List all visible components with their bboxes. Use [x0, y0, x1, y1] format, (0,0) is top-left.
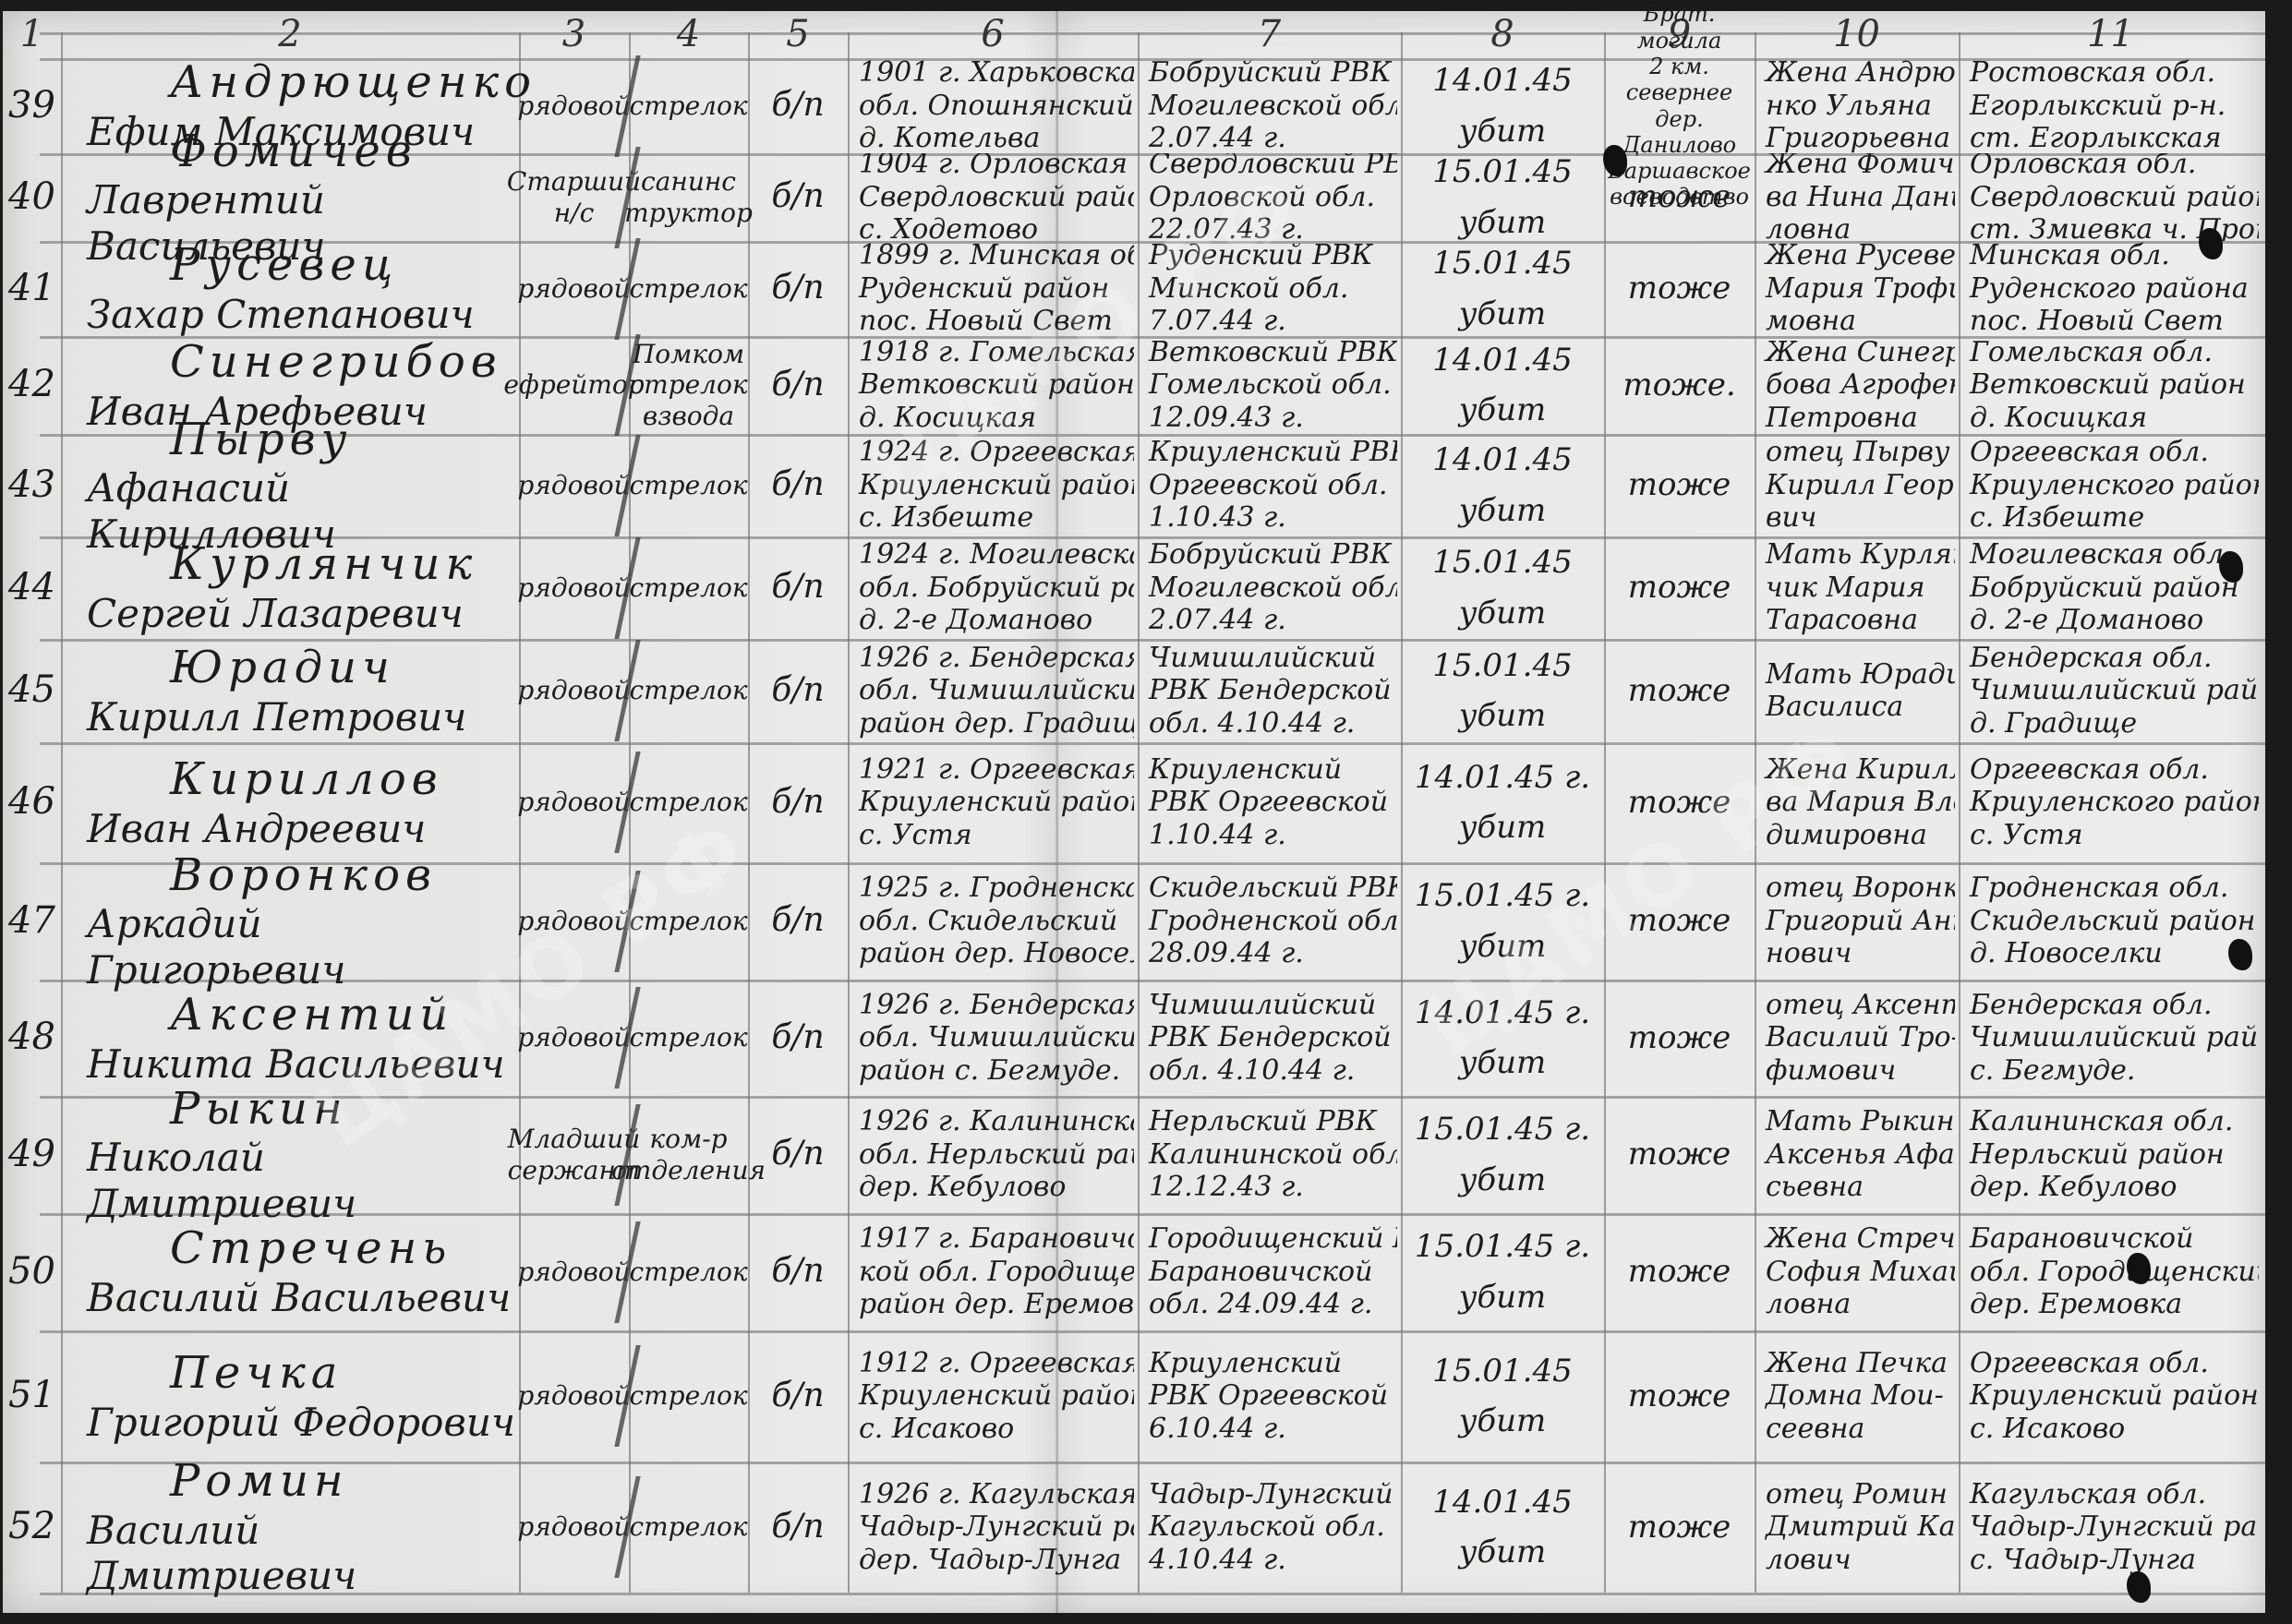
text-line: с. Устя [1970, 819, 2083, 851]
column-rule [1604, 32, 1606, 1593]
death-date: 15.01.45 [1432, 153, 1572, 190]
next-of-kin: отец РоминДмитрий Кар-лович [1758, 1462, 1955, 1593]
text-line: сеевна [1766, 1413, 1864, 1445]
text-line: 2 км. севернее [1608, 54, 1751, 106]
given-names: Захар Степанович [87, 292, 475, 338]
text-line: обл. Нерльский район [859, 1138, 1134, 1171]
text-line: Чимишлийский район [1970, 674, 2259, 706]
text-line: 2.07.44 г. [1149, 122, 1286, 153]
death-date-fate: 15.01.45 г.убит [1405, 1213, 1600, 1330]
column-rule [61, 32, 63, 1593]
text-line: Дмитрий Кар- [1766, 1510, 1955, 1543]
next-of-kin-address: Оргеевская обл.Криуленского районас. Уст… [1962, 742, 2259, 862]
text-line: Криуленский район [859, 1379, 1134, 1412]
text-line: стрелок [629, 787, 747, 817]
text-line: отец Ромин [1766, 1478, 1948, 1510]
text-line: РВК Оргеевской обл. [1149, 1379, 1397, 1412]
text-line: Криуленского района [1970, 469, 2259, 501]
text-line: 1917 г. Барановичс- [859, 1222, 1134, 1255]
text-line: санинс [641, 166, 736, 197]
text-line: Гродненской обл. [1149, 905, 1397, 937]
fate: убит [1459, 1279, 1547, 1316]
death-date: 14.01.45 [1432, 1484, 1572, 1521]
text-line: Скидельский РВК [1149, 872, 1397, 904]
given-names: Иван Андреевич [87, 806, 426, 852]
next-of-kin: Жена Андрюще-нко УльянаГригорьевна [1758, 58, 1955, 153]
text-line: ловна [1766, 1288, 1851, 1320]
party-status: б/п [752, 639, 844, 742]
death-date-fate: 14.01.45убит [1405, 336, 1600, 434]
position: стрелок [633, 58, 744, 153]
death-date-fate: 14.01.45убит [1405, 1462, 1600, 1593]
text-line: б/п [771, 177, 824, 216]
column-number-1: 1 [6, 32, 57, 58]
text-line: Чадыр-Лунгский район [859, 1510, 1134, 1543]
text-line: Калининская обл. [1970, 1105, 2233, 1137]
text-line: тоже [1628, 466, 1731, 503]
birth-year-place: 1925 г. Гродненскаяобл. Скидельскийрайон… [851, 862, 1134, 980]
death-date: 14.01.45 [1432, 342, 1572, 379]
ink-blot [1603, 145, 1627, 176]
text-line: Нерльский район [1970, 1138, 2225, 1171]
text-line: Руденского района [1970, 272, 2249, 305]
column-number-6: 6 [851, 32, 1134, 58]
surname: Ромин [87, 1455, 349, 1508]
text-line: дер. Данилово [1608, 106, 1751, 159]
text-line: Бобруйский РВК [1149, 538, 1392, 571]
text-line: отец Пырву [1766, 436, 1949, 468]
death-date-fate: 14.01.45 г.убит [1405, 742, 1600, 862]
text-line: с. Бегмуде. [1970, 1054, 2135, 1087]
given-names: Сергей Лазаревич [87, 591, 464, 637]
text-line: труктор [624, 198, 753, 228]
position: санинструктор [633, 153, 744, 241]
column-number-2: 2 [65, 32, 515, 58]
text-line: 12.09.43 г. [1149, 402, 1304, 434]
text-line: РВК Бендерской [1149, 1021, 1392, 1053]
text-line: бова Агрофена [1766, 368, 1955, 401]
fate: убит [1459, 204, 1547, 241]
position: стрелок [633, 1462, 744, 1593]
birth-year-place: 1904 г. Орловская обл.Свердловский район… [851, 153, 1134, 241]
soldier-name: ВоронковАркадий Григорьевич [65, 862, 515, 980]
text-line: Чимишлийский [1149, 642, 1376, 674]
death-date-fate: 15.01.45 г.убит [1405, 1096, 1600, 1213]
text-line: лович [1766, 1544, 1852, 1576]
fate: убит [1459, 697, 1547, 734]
text-line: стрелок [629, 1511, 747, 1542]
text-line: Жена Синегри- [1766, 336, 1955, 368]
fate: убит [1459, 1402, 1547, 1439]
row-number: 43 [6, 434, 57, 536]
death-date: 15.01.45 [1432, 647, 1572, 684]
row-number: 45 [6, 639, 57, 742]
text-line: Мать Курлян- [1766, 538, 1955, 571]
position: Помкомстрелоквзвода [633, 336, 744, 434]
text-line: Чадыр-Лунгский РВК [1149, 1478, 1397, 1510]
text-line: 1.10.44 г. [1149, 819, 1286, 851]
text-line: б/п [771, 783, 824, 822]
birth-year-place: 1926 г. Бендерскаяобл. Чимишлийскийрайон… [851, 639, 1134, 742]
text-line: Бобруйский РВК [1149, 58, 1392, 90]
text-line: обл. 4.10.44 г. [1149, 1054, 1355, 1087]
column-number-3: 3 [523, 32, 625, 58]
text-line: 6.10.44 г. [1149, 1413, 1286, 1445]
position: стрелок [633, 639, 744, 742]
text-line: с. Чадыр-Лунга [1970, 1544, 2196, 1576]
fate: убит [1459, 391, 1547, 428]
row-number: 42 [6, 336, 57, 434]
text-line: Егорлыкский р-н. [1970, 90, 2226, 122]
party-status: б/п [752, 1096, 844, 1213]
text-line: Криуленский район [859, 786, 1134, 818]
text-line: стрелок [629, 369, 747, 400]
text-line: Григорий Анто- [1766, 905, 1955, 937]
burial-place: тоже [1608, 536, 1751, 639]
soldier-name: КирилловИван Андреевич [65, 742, 515, 862]
text-line: с. Избеште [859, 501, 1033, 534]
text-line: дер. Еремовка [1970, 1288, 2182, 1320]
text-line: 1925 г. Гродненская [859, 872, 1134, 904]
given-names: Василий Васильевич [87, 1275, 511, 1321]
draft-office: Бобруйский РВКМогилевской обл.2.07.44 г. [1141, 536, 1397, 639]
text-line: тоже [1628, 1136, 1731, 1173]
text-line: д. Косицкая [1970, 402, 2147, 434]
text-line: тоже [1628, 672, 1731, 709]
text-line: Калининской обл. [1149, 1138, 1397, 1171]
text-line: Скидельский район [1970, 905, 2256, 937]
text-line: Чимишлийский район [1970, 1021, 2259, 1053]
text-line: Гомельской обл. [1149, 368, 1392, 401]
fate: убит [1459, 1534, 1547, 1570]
text-line: 1926 г. Бендерская [859, 989, 1134, 1021]
next-of-kin: Жена Фомиче-ва Нина Дани-ловна [1758, 153, 1955, 241]
soldier-name: РыкинНиколай Дмитриевич [65, 1096, 515, 1213]
text-line: район дер. Новоселки [859, 937, 1134, 969]
text-line: ком-р [649, 1124, 727, 1154]
text-line: Могилевской обл. [1149, 90, 1397, 122]
burial-place: тоже [1608, 1096, 1751, 1213]
text-line: Чимишлийский [1149, 989, 1376, 1021]
burial-place: Брат. могила2 км. севернеедер. ДаниловоВ… [1608, 58, 1751, 153]
death-date-fate: 15.01.45убит [1405, 536, 1600, 639]
text-line: ловна [1766, 213, 1851, 241]
text-line: Оргеевская обл. [1970, 436, 2209, 468]
row-number: 47 [6, 862, 57, 980]
text-line: 12.12.43 г. [1149, 1171, 1304, 1203]
text-line: Оргеевской обл. [1149, 469, 1388, 501]
text-line: 1926 г. Кагульская обл. [859, 1478, 1134, 1510]
text-line: Городищенский РВК [1149, 1222, 1397, 1255]
text-line: с. Устя [859, 819, 972, 851]
soldier-name: СтреченьВасилий Васильевич [65, 1213, 515, 1330]
row-number: 39 [6, 58, 57, 153]
text-line: б/п [771, 671, 824, 710]
birth-year-place: 1926 г. Бендерскаяобл. Чимишлийскийрайон… [851, 980, 1134, 1096]
surname: Русевец [87, 239, 398, 292]
death-date-fate: 14.01.45убит [1405, 58, 1600, 153]
text-line: Домна Мои- [1766, 1379, 1944, 1412]
text-line: Криуленский район [1970, 1379, 2259, 1412]
text-line: с. Ходетово [859, 213, 1038, 241]
position: стрелок [633, 980, 744, 1096]
ink-blot [2199, 228, 2223, 259]
text-line: Кагульской обл. [1149, 1510, 1385, 1543]
party-status: б/п [752, 434, 844, 536]
column-number-4: 4 [633, 32, 744, 58]
burial-place: тоже [1608, 153, 1751, 241]
party-status: б/п [752, 862, 844, 980]
row-number: 46 [6, 742, 57, 862]
text-line: Свердловский район [859, 181, 1134, 213]
draft-office: КриуленскийРВК Оргеевской обл.6.10.44 г. [1141, 1330, 1397, 1462]
text-line: Гомельская обл. [1970, 336, 2213, 368]
ink-blot [2127, 1571, 2151, 1603]
text-line: Мать Юрадич [1766, 658, 1955, 691]
row-number: 51 [6, 1330, 57, 1462]
soldier-name: ПырвуАфанасий Кириллович [65, 434, 515, 536]
text-line: б/п [771, 269, 824, 307]
surname: Курлянчик [87, 538, 477, 591]
text-line: Ветковский РВК [1149, 336, 1397, 368]
text-line: обл. Скидельский [859, 905, 1117, 937]
text-line: пос. Новый Свет [1970, 305, 2224, 336]
party-status: б/п [752, 336, 844, 434]
text-line: тоже [1628, 1509, 1731, 1546]
text-line: Помком [633, 339, 744, 369]
text-line: Криуленский [1149, 753, 1342, 786]
text-line: 1.10.43 г. [1149, 501, 1286, 534]
fate: убит [1459, 295, 1547, 332]
next-of-kin-address: Орловская обл.Свердловский районст. Змие… [1962, 153, 2259, 241]
text-line: обл. Опошнянский р-н [859, 90, 1134, 122]
next-of-kin-address: Кагульская обл.Чадыр-Лунгский районс. Ча… [1962, 1462, 2259, 1593]
next-of-kin-address: Гомельская обл.Ветковский районд. Косицк… [1962, 336, 2259, 434]
text-line: Ростовская обл. [1970, 58, 2215, 90]
column-number-8: 8 [1405, 32, 1600, 58]
text-line: 1904 г. Орловская обл. [859, 153, 1134, 181]
burial-place: тоже. [1608, 336, 1751, 434]
text-line: б/п [771, 1135, 824, 1173]
text-line: 2.07.44 г. [1149, 604, 1286, 636]
text-line: Гродненская обл. [1970, 872, 2228, 904]
burial-place: тоже [1608, 639, 1751, 742]
text-line: Аксенья Афана- [1766, 1138, 1955, 1171]
text-line: район дер. Градище [859, 707, 1134, 740]
text-line: София Михай- [1766, 1256, 1955, 1288]
next-of-kin-address: Оргеевская обл.Криуленского районас. Изб… [1962, 434, 2259, 536]
text-line: обл. Городищенский район [1970, 1256, 2259, 1288]
text-line: б/п [771, 1377, 824, 1415]
text-line: вич [1766, 501, 1816, 534]
death-date-fate: 15.01.45убит [1405, 639, 1600, 742]
death-date: 15.01.45 г. [1415, 1111, 1590, 1148]
text-line: чик Мария [1766, 571, 1924, 604]
soldier-name: ПечкаГригорий Федорович [65, 1330, 515, 1462]
fate: убит [1459, 1161, 1547, 1198]
party-status: б/п [752, 58, 844, 153]
party-status: б/п [752, 742, 844, 862]
text-line: Минская обл. [1970, 241, 2170, 272]
birth-year-place: 1912 г. Оргеевская обл.Криуленский район… [851, 1330, 1134, 1462]
text-line: тоже. [1622, 367, 1735, 403]
text-line: Мария Трофи- [1766, 272, 1955, 305]
text-line: мовна [1766, 305, 1856, 336]
surname: Стречень [87, 1222, 452, 1275]
text-line: дер. Кебулово [859, 1171, 1066, 1203]
text-line: обл. 4.10.44 г. [1149, 707, 1355, 740]
text-line: нович [1766, 937, 1852, 969]
party-status: б/п [752, 153, 844, 241]
next-of-kin-address: Барановичскойобл. Городищенский райондер… [1962, 1213, 2259, 1330]
text-line: Мать Рыкина [1766, 1105, 1955, 1137]
text-line: отец Воронков [1766, 872, 1955, 904]
text-line: стрелок [629, 572, 747, 603]
given-names: Григорий Федорович [87, 1400, 515, 1446]
soldier-name: КурлянчикСергей Лазаревич [65, 536, 515, 639]
next-of-kin-address: Могилевская обл.Бобруйский районд. 2-е Д… [1962, 536, 2259, 639]
position: стрелок [633, 536, 744, 639]
next-of-kin: отец АксентийВасилий Тро-фимович [1758, 980, 1955, 1096]
draft-office: Криуленский РВКОргеевской обл.1.10.43 г. [1141, 434, 1397, 536]
document-page: 123456789101139АндрющенкоЕфим Максимович… [3, 11, 2265, 1613]
text-line: Барановичской [1149, 1256, 1372, 1288]
position: стрелок [633, 1330, 744, 1462]
birth-year-place: 1924 г. Могилевскаяобл. Бобруйский район… [851, 536, 1134, 639]
draft-office: Нерльский РВККалининской обл.12.12.43 г. [1141, 1096, 1397, 1213]
death-date: 15.01.45 [1432, 544, 1572, 581]
next-of-kin-address: Бендерская обл.Чимишлийский районс. Бегм… [1962, 980, 2259, 1096]
text-line: д. Градище [1970, 707, 2137, 740]
next-of-kin: отец ПырвуКирилл Георгиевич [1758, 434, 1955, 536]
death-date: 14.01.45 [1432, 441, 1572, 478]
death-date: 14.01.45 г. [1415, 759, 1590, 796]
text-line: Оргеевская обл. [1970, 1347, 2209, 1379]
text-line: д. Новоселки [1970, 937, 2163, 969]
text-line: Жена Андрюще- [1766, 58, 1955, 90]
text-line: стрелок [629, 273, 747, 304]
text-line: н/с [554, 198, 595, 228]
text-line: обл. Чимишлийский [859, 1021, 1134, 1053]
burial-place: тоже [1608, 1213, 1751, 1330]
text-line: б/п [771, 568, 824, 607]
text-line: Кагульская обл. [1970, 1478, 2206, 1510]
surname: Юрадич [87, 642, 395, 694]
text-line: тоже [1628, 178, 1731, 215]
text-line: Жена Фомиче- [1766, 153, 1955, 181]
burial-place: тоже [1608, 1330, 1751, 1462]
text-line: фимович [1766, 1054, 1896, 1087]
surname: Пырву [87, 414, 352, 466]
text-line: Нерльский РВК [1149, 1105, 1377, 1137]
text-line: стрелок [629, 470, 747, 500]
text-line: Тарасовна [1766, 604, 1918, 636]
draft-office: КриуленскийРВК Оргеевской обл.1.10.44 г. [1141, 742, 1397, 862]
draft-office: ЧимишлийскийРВК Бендерскойобл. 4.10.44 г… [1141, 980, 1397, 1096]
text-line: район дер. Еремовка [859, 1288, 1134, 1320]
text-line: 1901 г. Харьковская [859, 58, 1134, 90]
text-line: Могилевская обл. [1970, 538, 2233, 571]
text-line: с. Исаково [1970, 1413, 2125, 1445]
text-line: ва Нина Дани- [1766, 181, 1955, 213]
row-number: 50 [6, 1213, 57, 1330]
text-line: 28.09.44 г. [1149, 937, 1304, 969]
ink-blot [2228, 939, 2252, 970]
next-of-kin: Жена СтреченьСофия Михай-ловна [1758, 1213, 1955, 1330]
next-of-kin-address: Гродненская обл.Скидельский районд. Ново… [1962, 862, 2259, 980]
party-status: б/п [752, 980, 844, 1096]
column-number-10: 10 [1758, 32, 1955, 58]
column-number-5: 5 [752, 32, 844, 58]
text-line: 1899 г. Минская обл. [859, 241, 1134, 272]
text-line: Ветковский район [1970, 368, 2246, 401]
text-line: Бендерская обл. [1970, 989, 2213, 1021]
text-line: Криуленский РВК [1149, 436, 1397, 468]
text-line: 1924 г. Могилевская [859, 538, 1134, 571]
text-line: Василиса [1766, 691, 1903, 723]
birth-year-place: 1917 г. Барановичс-кой обл. Городищенски… [851, 1213, 1134, 1330]
text-line: район с. Бегмуде. [859, 1054, 1120, 1087]
text-line: нко Ульяна [1766, 90, 1932, 122]
given-names: Василий Дмитриевич [87, 1508, 515, 1599]
text-line: Василий Тро- [1766, 1021, 1955, 1053]
fate: убит [1459, 595, 1547, 632]
burial-place: тоже [1608, 980, 1751, 1096]
next-of-kin-address: Оргеевская обл.Криуленский районс. Исако… [1962, 1330, 2259, 1462]
next-of-kin: Мать РыкинаАксенья Афана-сьевна [1758, 1096, 1955, 1213]
text-line: Петровна [1766, 402, 1918, 434]
next-of-kin: отец ВоронковГригорий Анто-нович [1758, 862, 1955, 980]
death-date: 14.01.45 [1432, 62, 1572, 99]
fate: убит [1459, 113, 1547, 150]
next-of-kin: Жена ПечкаДомна Мои-сеевна [1758, 1330, 1955, 1462]
text-line: Криуленского района [1970, 786, 2259, 818]
death-date-fate: 14.01.45убит [1405, 434, 1600, 536]
text-line: Чадыр-Лунгский район [1970, 1510, 2259, 1543]
death-date: 15.01.45 г. [1415, 1228, 1590, 1265]
text-line: обл. Чимишлийский [859, 674, 1134, 706]
text-line: дер. Чадыр-Лунга [859, 1544, 1121, 1576]
text-line: 1926 г. Бендерская [859, 642, 1134, 674]
soldier-name: РоминВасилий Дмитриевич [65, 1462, 515, 1593]
next-of-kin: Мать Курлян-чик МарияТарасовна [1758, 536, 1955, 639]
text-line: д. 2-е Доманово [1970, 604, 2203, 636]
text-line: ст. Егорлыкская [1970, 122, 2222, 153]
death-date-fate: 15.01.45убит [1405, 241, 1600, 336]
text-line: Орловская обл. [1970, 153, 2196, 181]
text-line: кой обл. Городищенский [859, 1256, 1134, 1288]
text-line: Григорьевна [1766, 122, 1950, 153]
column-rule [1401, 32, 1403, 1593]
position: стрелок [633, 1213, 744, 1330]
text-line: Кирилл Георгие [1766, 469, 1955, 501]
text-line: Жена Стречень [1766, 1222, 1955, 1255]
draft-office: Скидельский РВКГродненской обл.28.09.44 … [1141, 862, 1397, 980]
text-line: 1921 г. Оргеевская обл. [859, 753, 1134, 786]
party-status: б/п [752, 1330, 844, 1462]
text-line: 4.10.44 г. [1149, 1544, 1286, 1576]
ink-blot [2219, 551, 2243, 583]
party-status: б/п [752, 1462, 844, 1593]
text-line: стрелок [629, 675, 747, 705]
column-rule [1959, 32, 1960, 1593]
row-number: 41 [6, 241, 57, 336]
given-names: Кирилл Петрович [87, 694, 466, 740]
text-line: Жена Печка [1766, 1347, 1948, 1379]
draft-office: Чадыр-Лунгский РВККагульской обл.4.10.44… [1141, 1462, 1397, 1593]
draft-office: Городищенский РВКБарановичскойобл. 24.09… [1141, 1213, 1397, 1330]
next-of-kin-address: Бендерская обл.Чимишлийский районд. Град… [1962, 639, 2259, 742]
